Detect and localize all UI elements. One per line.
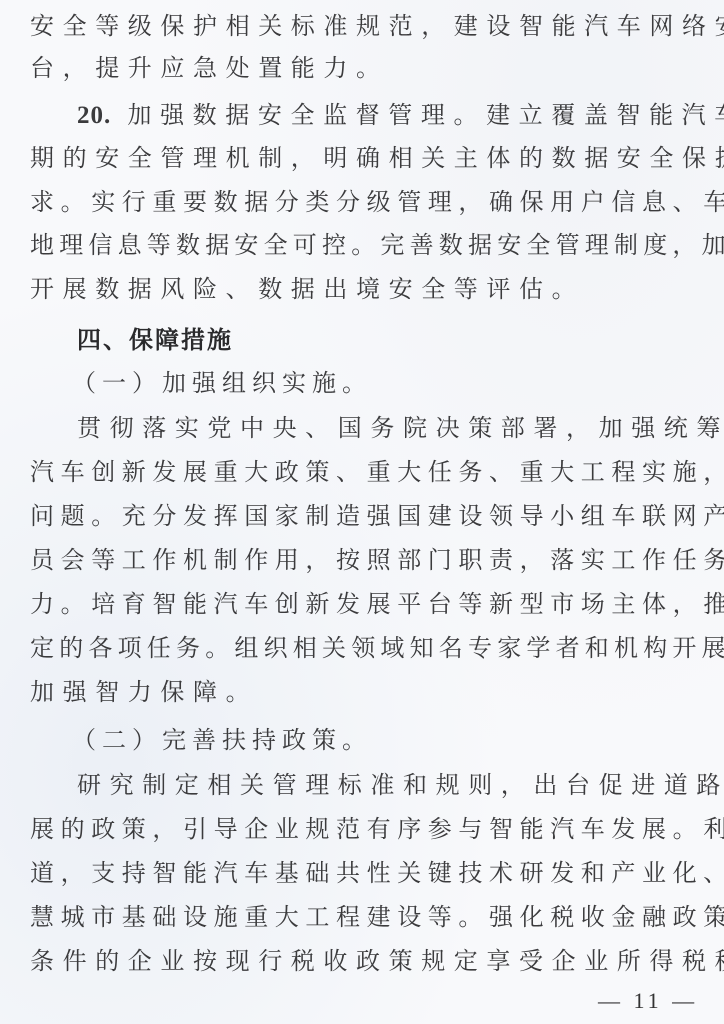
body-line: 地理信息等数据安全可控。完善数据安全管理制度，加强监督检查， [30, 228, 700, 262]
subsection-heading-2: （二）完善扶持政策。 [72, 723, 724, 757]
document-page: 安全等级保护相关标准规范，建设智能汽车网络安全态势感知平 台，提升应急处置能力。… [0, 0, 724, 1024]
item-text: 加强数据安全监督管理。建立覆盖智能汽车数据全生命周 [127, 101, 724, 129]
body-line: 问题。充分发挥国家制造强国建设领导小组车联网产业发展专项委 [30, 499, 700, 533]
paragraph-start: 研究制定相关管理标准和规则，出台促进道路交通自动驾驶发 [77, 768, 724, 802]
section-heading: 四、保障措施 [77, 323, 724, 357]
body-line: 安全等级保护相关标准规范，建设智能汽车网络安全态势感知平 [30, 9, 700, 43]
body-line: 定的各项任务。组织相关领域知名专家学者和机构开展咨询服务， [30, 631, 700, 665]
page-number: — 11 — [598, 988, 698, 1014]
subsection-heading-1: （一）加强组织实施。 [72, 366, 724, 400]
body-line: 开展数据风险、数据出境安全等评估。 [30, 272, 700, 306]
item-number: 20. [77, 102, 111, 129]
body-line: 求。实行重要数据分类分级管理，确保用户信息、车辆信息、测绘 [30, 185, 700, 219]
body-line: 汽车创新发展重大政策、重大任务、重大工程实施，及时解决重大 [30, 455, 700, 489]
body-line: 条件的企业按现行税收政策规定享受企业所得税税前加计扣除优 [30, 944, 700, 978]
body-line: 员会等工作机制作用，按照部门职责，落实工作任务，形成发展合 [30, 543, 700, 577]
body-line: 期的安全管理机制，明确相关主体的数据安全保护责任和具体要 [30, 141, 700, 175]
body-line: 展的政策，引导企业规范有序参与智能汽车发展。利用多种资金渠 [30, 812, 700, 846]
body-line: 慧城市基础设施重大工程建设等。强化税收金融政策引导，对符合 [30, 900, 700, 934]
body-line: 加强智力保障。 [30, 675, 700, 709]
item-20-line: 20. 加强数据安全监督管理。建立覆盖智能汽车数据全生命周 [77, 98, 724, 132]
body-line: 力。培育智能汽车创新发展平台等新型市场主体，推动落实战略确 [30, 587, 700, 621]
body-line: 道，支持智能汽车基础共性关键技术研发和产业化、智能交通及智 [30, 856, 700, 890]
body-line: 台，提升应急处置能力。 [30, 51, 700, 85]
paragraph-start: 贯彻落实党中央、国务院决策部署，加强统筹协调，推进智能 [77, 411, 724, 445]
